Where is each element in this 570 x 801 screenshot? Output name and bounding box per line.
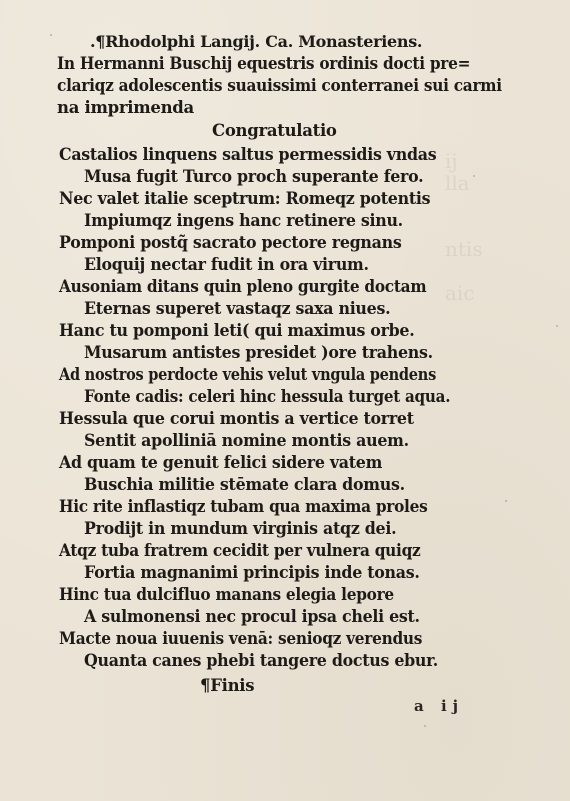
heading-prose-line: na imprimenda [57,98,194,119]
bleed-through-text: ijlla ntis aic [445,150,565,350]
poem-line: Nec valet italie sceptrum: Romeqz potent… [59,189,430,210]
poem-line: Hic rite inflastiqz tubam qua maxima pro… [59,497,427,518]
poem-line: Ad quam te genuit felici sidere vatem [59,453,382,474]
signature-mark: a ij [414,697,464,715]
heading-prose-line: clariqz adolescentis suauissimi conterra… [57,76,502,97]
poem-line: Fortia magnanimi principis inde tonas. [84,563,420,584]
paper-speck [556,325,558,327]
poem-line: Hanc tu pomponi leti( qui maximus orbe. [59,321,414,342]
poem-title: Congratulatio [212,121,337,142]
poem-line: Prodijt in mundum virginis atqz dei. [84,519,396,540]
poem-line: Ausoniam ditans quin pleno gurgite docta… [59,277,426,298]
poem-line: Pomponi postq̃ sacrato pectore regnans [59,233,401,254]
paper-speck [424,725,426,727]
heading-prose-line: In Hermanni Buschij equestris ordinis do… [57,54,470,75]
poem-line: Musa fugit Turco proch superante fero. [84,167,423,188]
poem-line: Macte noua iuuenis venā: senioqz verendu… [59,629,422,650]
poem-line: Ad nostros perdocte vehis velut vngula p… [59,365,436,386]
scanned-page: ijlla ntis aic .¶Rhodolphi Langij. Ca. M… [0,0,570,801]
poem-line: Impiumqz ingens hanc retinere sinu. [84,211,403,232]
poem-line: Castalios linquens saltus permessidis vn… [59,145,436,166]
paper-speck [50,34,52,36]
poem-line: Quanta canes phebi tangere doctus ebur. [84,651,438,672]
poem-line: Buschia militie stēmate clara domus. [84,475,405,496]
poem-line: Musarum antistes presidet )ore trahens. [84,343,433,364]
poem-line: Fonte cadis: celeri hinc hessula turget … [84,387,450,408]
poem-line: Eloquij nectar fudit in ora virum. [84,255,369,276]
poem-line: Eternas superet vastaqz saxa niues. [84,299,390,320]
paper-speck [473,175,475,177]
poem-line: Hessula que corui montis a vertice torre… [59,409,414,430]
poem-line: Sentit apolliniā nomine montis auem. [84,431,409,452]
poem-line: A sulmonensi nec procul ipsa cheli est. [84,607,420,628]
poem-line: Atqz tuba fratrem cecidit per vulnera qu… [59,541,420,562]
running-head: .¶Rhodolphi Langij. Ca. Monasteriens. [90,32,422,53]
finis-colophon: ¶Finis [200,676,254,697]
poem-line: Hinc tua dulcifluo manans elegia lepore [59,585,394,606]
paper-speck [505,500,507,502]
